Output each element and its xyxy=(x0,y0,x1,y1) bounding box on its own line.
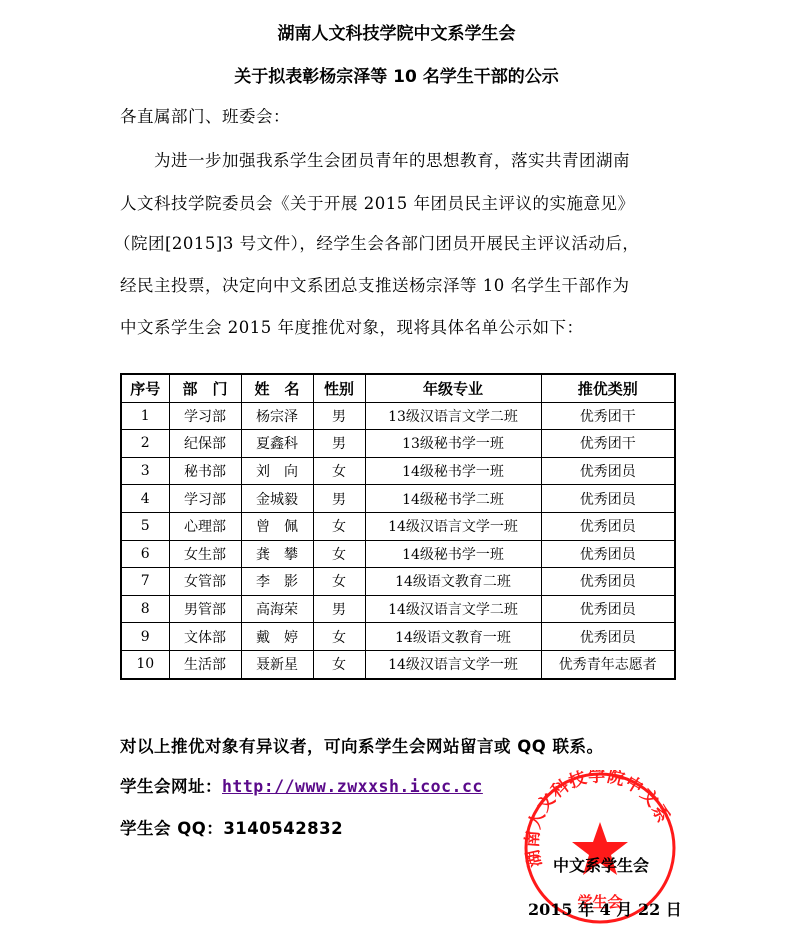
website-link[interactable]: http://www.zwxxsh.icoc.cc xyxy=(222,777,483,796)
header-award: 推优类别 xyxy=(541,374,675,402)
cell-award: 优秀团员 xyxy=(541,568,675,596)
cell-department: 学习部 xyxy=(169,485,241,513)
qq-row: 学生会 QQ：3140542832 xyxy=(120,815,343,839)
cell-class: 14级语文教育一班 xyxy=(365,623,541,651)
cell-gender: 女 xyxy=(313,540,365,568)
table-row: 1学习部杨宗泽男13级汉语言文学二班优秀团干 xyxy=(121,402,675,430)
cell-award: 优秀团员 xyxy=(541,512,675,540)
paragraph-line: 人文科技学院委员会《关于开展 2015 年团员民主评议的实施意见》 xyxy=(120,190,634,214)
cell-index: 10 xyxy=(121,650,169,678)
cell-name: 杨宗泽 xyxy=(241,402,313,430)
cell-class: 14级汉语言文学一班 xyxy=(365,512,541,540)
table-row: 8男管部高海荣男14级汉语言文学二班优秀团员 xyxy=(121,595,675,623)
cell-gender: 女 xyxy=(313,512,365,540)
table-row: 7女管部李 影女14级语文教育二班优秀团员 xyxy=(121,568,675,596)
cell-name: 龚 攀 xyxy=(241,540,313,568)
table-row: 6女生部龚 攀女14级秘书学一班优秀团员 xyxy=(121,540,675,568)
header-department: 部 门 xyxy=(169,374,241,402)
cell-index: 8 xyxy=(121,595,169,623)
cell-class: 14级秘书学一班 xyxy=(365,457,541,485)
table-row: 9文体部戴 婷女14级语文教育一班优秀团员 xyxy=(121,623,675,651)
cell-department: 学习部 xyxy=(169,402,241,430)
cell-name: 夏鑫科 xyxy=(241,430,313,458)
cell-award: 优秀青年志愿者 xyxy=(541,650,675,678)
date: 2015 年 4 月 22 日 xyxy=(528,897,682,920)
cell-name: 李 影 xyxy=(241,568,313,596)
header-gender: 性别 xyxy=(313,374,365,402)
cell-class: 14级秘书学一班 xyxy=(365,540,541,568)
cell-department: 女生部 xyxy=(169,540,241,568)
cell-gender: 女 xyxy=(313,568,365,596)
cell-gender: 女 xyxy=(313,623,365,651)
salutation: 各直属部门、班委会： xyxy=(120,103,290,127)
cell-class: 14级汉语言文学一班 xyxy=(365,650,541,678)
cell-award: 优秀团员 xyxy=(541,457,675,485)
cell-class: 13级汉语言文学二班 xyxy=(365,402,541,430)
cell-department: 男管部 xyxy=(169,595,241,623)
cell-gender: 男 xyxy=(313,402,365,430)
cell-class: 14级语文教育二班 xyxy=(365,568,541,596)
cell-gender: 女 xyxy=(313,457,365,485)
qq-label: 学生会 QQ： xyxy=(120,819,223,838)
cell-index: 4 xyxy=(121,485,169,513)
cell-gender: 男 xyxy=(313,595,365,623)
header-index: 序号 xyxy=(121,374,169,402)
cell-index: 2 xyxy=(121,430,169,458)
table-row: 10生活部聂新星女14级汉语言文学一班优秀青年志愿者 xyxy=(121,650,675,678)
cell-index: 7 xyxy=(121,568,169,596)
paragraph-line: 为进一步加强我系学生会团员青年的思想教育，落实共青团湖南 xyxy=(120,147,630,171)
doc-title: 关于拟表彰杨宗泽等 10 名学生干部的公示 xyxy=(0,62,793,87)
website-row: 学生会网址：http://www.zwxxsh.icoc.cc xyxy=(120,773,483,797)
cell-index: 5 xyxy=(121,512,169,540)
nominee-table: 序号 部 门 姓 名 性别 年级专业 推优类别 1学习部杨宗泽男13级汉语言文学… xyxy=(120,373,676,680)
cell-index: 6 xyxy=(121,540,169,568)
qq-number: 3140542832 xyxy=(223,819,343,838)
cell-department: 心理部 xyxy=(169,512,241,540)
cell-index: 1 xyxy=(121,402,169,430)
table-row: 5心理部曾 佩女14级汉语言文学一班优秀团员 xyxy=(121,512,675,540)
cell-name: 戴 婷 xyxy=(241,623,313,651)
paragraph-line: （院团[2015]3 号文件），经学生会各部门团员开展民主评议活动后， xyxy=(114,230,639,254)
cell-department: 生活部 xyxy=(169,650,241,678)
cell-department: 纪保部 xyxy=(169,430,241,458)
cell-name: 曾 佩 xyxy=(241,512,313,540)
cell-award: 优秀团干 xyxy=(541,402,675,430)
cell-index: 3 xyxy=(121,457,169,485)
table-row: 2纪保部夏鑫科男13级秘书学一班优秀团干 xyxy=(121,430,675,458)
cell-award: 优秀团员 xyxy=(541,485,675,513)
cell-department: 女管部 xyxy=(169,568,241,596)
cell-gender: 女 xyxy=(313,650,365,678)
website-label: 学生会网址： xyxy=(120,777,222,796)
cell-class: 14级汉语言文学二班 xyxy=(365,595,541,623)
cell-award: 优秀团干 xyxy=(541,430,675,458)
cell-class: 14级秘书学二班 xyxy=(365,485,541,513)
table-row: 3秘书部刘 向女14级秘书学一班优秀团员 xyxy=(121,457,675,485)
cell-name: 金城毅 xyxy=(241,485,313,513)
cell-award: 优秀团员 xyxy=(541,623,675,651)
cell-name: 聂新星 xyxy=(241,650,313,678)
table-row: 4学习部金城毅男14级秘书学二班优秀团员 xyxy=(121,485,675,513)
cell-name: 刘 向 xyxy=(241,457,313,485)
table-header-row: 序号 部 门 姓 名 性别 年级专业 推优类别 xyxy=(121,374,675,402)
cell-gender: 男 xyxy=(313,485,365,513)
cell-department: 秘书部 xyxy=(169,457,241,485)
cell-class: 13级秘书学一班 xyxy=(365,430,541,458)
header-name: 姓 名 xyxy=(241,374,313,402)
cell-award: 优秀团员 xyxy=(541,540,675,568)
paragraph-line: 经民主投票，决定向中文系团总支推送杨宗泽等 10 名学生干部作为 xyxy=(120,272,630,296)
paragraph-line: 中文系学生会 2015 年度推优对象，现将具体名单公示如下： xyxy=(120,314,583,338)
objection-note: 对以上推优对象有异议者，可向系学生会网站留言或 QQ 联系。 xyxy=(120,733,604,757)
cell-gender: 男 xyxy=(313,430,365,458)
cell-index: 9 xyxy=(121,623,169,651)
cell-name: 高海荣 xyxy=(241,595,313,623)
cell-award: 优秀团员 xyxy=(541,595,675,623)
header-class: 年级专业 xyxy=(365,374,541,402)
signature: 中文系学生会 xyxy=(553,853,649,876)
org-title: 湖南人文科技学院中文系学生会 xyxy=(0,19,793,44)
cell-department: 文体部 xyxy=(169,623,241,651)
